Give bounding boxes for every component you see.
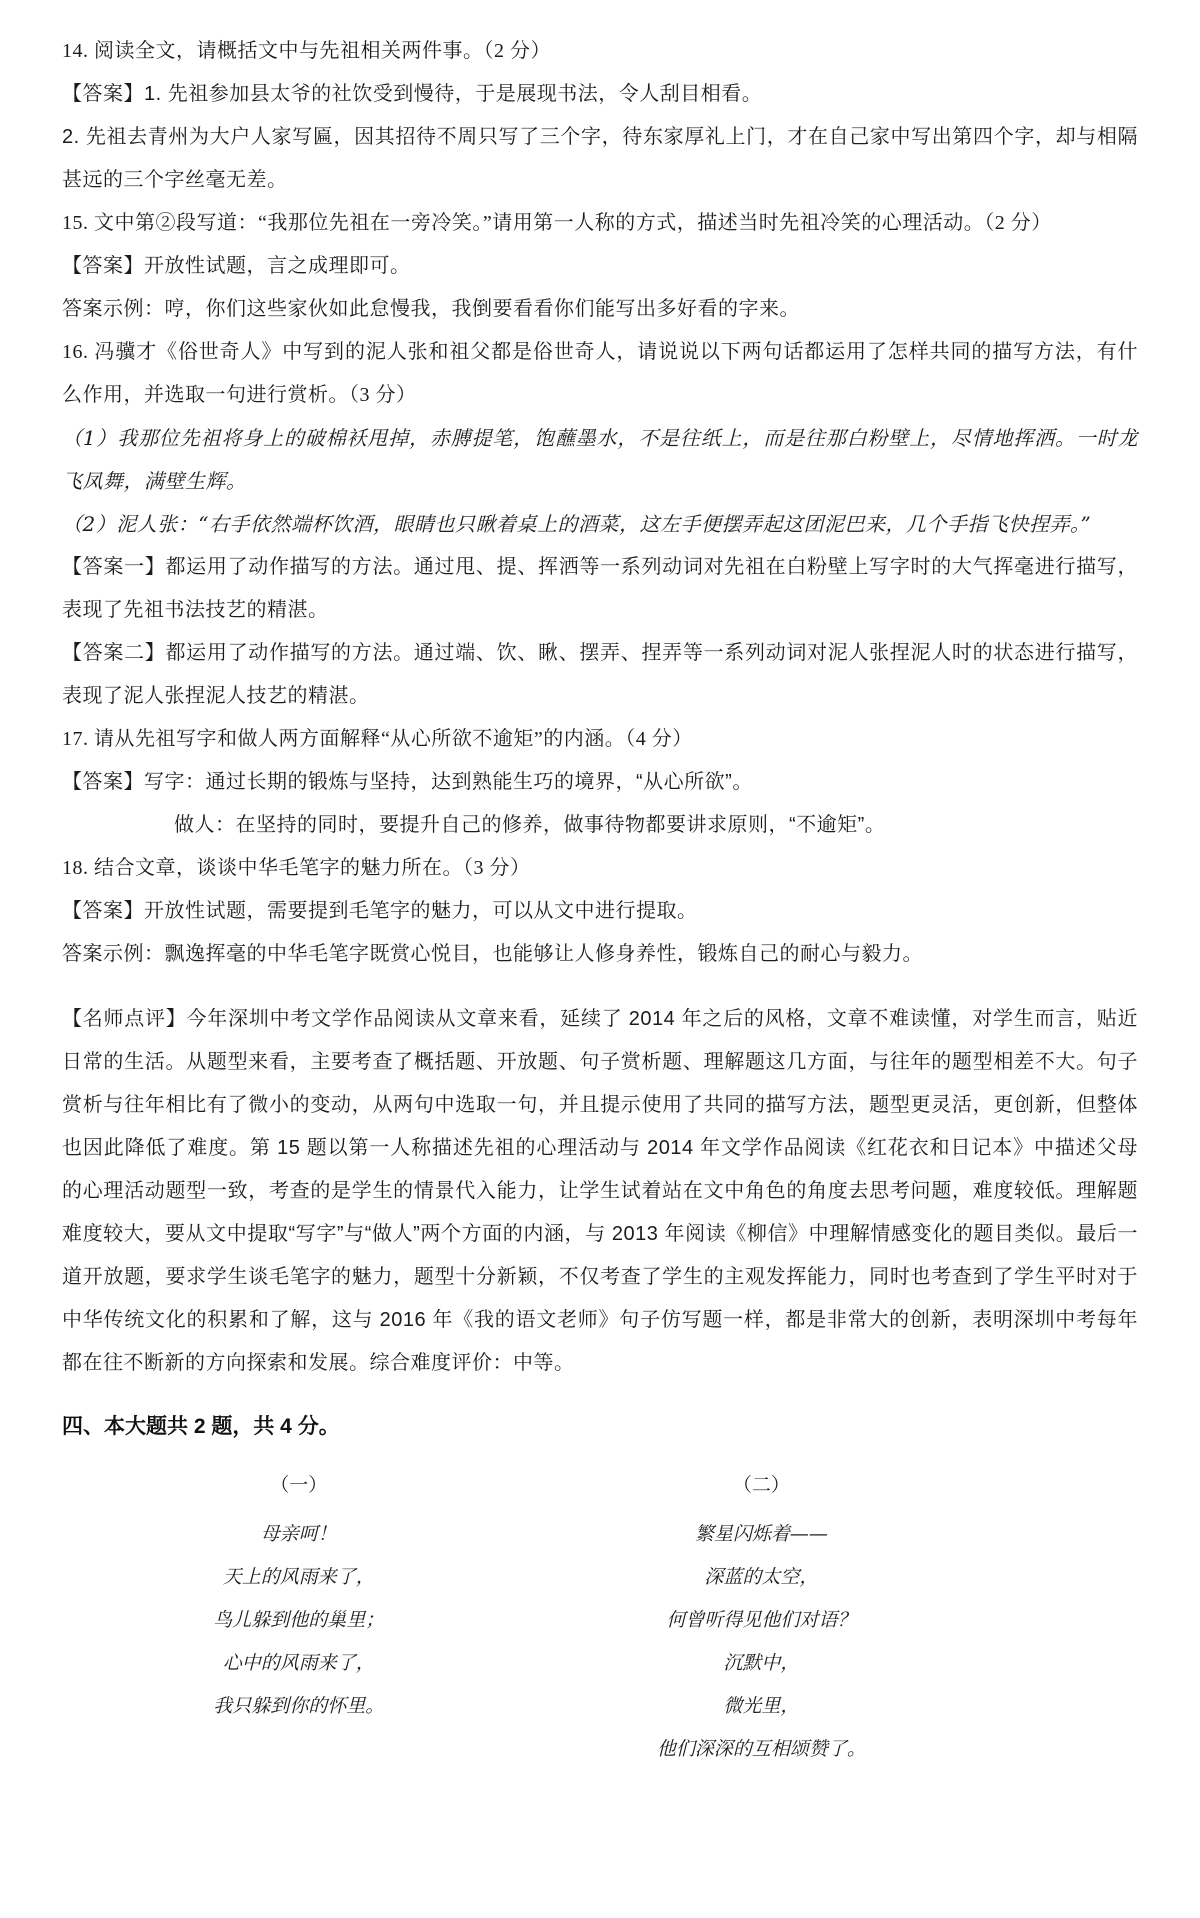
poem-line: 沉默中， <box>535 1642 987 1685</box>
poem-line: 心中的风雨来了， <box>62 1642 535 1685</box>
paragraph: 【答案】1. 先祖参加县太爷的社饮受到慢待，于是展现书法，令人刮目相看。 <box>62 73 1138 116</box>
paragraph: 16. 冯骥才《俗世奇人》中写到的泥人张和祖父都是俗世奇人，请说说以下两句话都运… <box>62 331 1138 417</box>
poem-label: （二） <box>535 1464 987 1507</box>
paragraph: （1）我那位先祖将身上的破棉袄甩掉，赤膊提笔，饱蘸墨水，不是往纸上，而是往那白粉… <box>62 417 1138 503</box>
poem-column: （一） 母亲呵！天上的风雨来了，鸟儿躲到他的巢里；心中的风雨来了，我只躲到你的怀… <box>62 1464 535 1771</box>
paragraph: 14. 阅读全文，请概括文中与先祖相关两件事。（2 分） <box>62 30 1138 73</box>
paragraph: 答案示例：哼，你们这些家伙如此怠慢我，我倒要看看你们能写出多好看的字来。 <box>62 288 1138 331</box>
text-body: 14. 阅读全文，请概括文中与先祖相关两件事。（2 分）【答案】1. 先祖参加县… <box>62 30 1138 1385</box>
poem-line: 他们深深的互相颂赞了。 <box>535 1728 987 1771</box>
poem-line: 母亲呵！ <box>62 1513 535 1556</box>
poem-line: 鸟儿躲到他的巢里； <box>62 1599 535 1642</box>
paragraph: 【答案二】都运用了动作描写的方法。通过端、饮、瞅、摆弄、捏弄等一系列动词对泥人张… <box>62 632 1138 718</box>
paragraph: 15. 文中第②段写道：“我那位先祖在一旁冷笑。”请用第一人称的方式，描述当时先… <box>62 202 1138 245</box>
poem-column: （二） 繁星闪烁着——深蓝的太空，何曾听得见他们对语？沉默中，微光里，他们深深的… <box>535 1464 987 1771</box>
paragraph: 答案示例：飘逸挥毫的中华毛笔字既赏心悦目，也能够让人修身养性，锻炼自己的耐心与毅… <box>62 933 1138 976</box>
poem-line: 何曾听得见他们对语？ <box>535 1599 987 1642</box>
section-four-heading: 四、本大题共 2 题，共 4 分。 <box>62 1405 1138 1448</box>
paragraph: 【答案】开放性试题，言之成理即可。 <box>62 245 1138 288</box>
paragraph: 【名师点评】今年深圳中考文学作品阅读从文章来看，延续了 2014 年之后的风格，… <box>62 998 1138 1385</box>
poems-section: （一） 母亲呵！天上的风雨来了，鸟儿躲到他的巢里；心中的风雨来了，我只躲到你的怀… <box>62 1464 1138 1771</box>
poem-line: 深蓝的太空， <box>535 1556 987 1599</box>
paragraph: 【答案一】都运用了动作描写的方法。通过甩、提、挥洒等一系列动词对先祖在白粉壁上写… <box>62 546 1138 632</box>
poem-line: 我只躲到你的怀里。 <box>62 1685 535 1728</box>
document-page: 14. 阅读全文，请概括文中与先祖相关两件事。（2 分）【答案】1. 先祖参加县… <box>0 0 1200 1918</box>
poem-label: （一） <box>62 1464 535 1507</box>
paragraph: 【答案】开放性试题，需要提到毛笔字的魅力，可以从文中进行提取。 <box>62 890 1138 933</box>
paragraph: 2. 先祖去青州为大户人家写匾，因其招待不周只写了三个字，待东家厚礼上门，才在自… <box>62 116 1138 202</box>
poem-line: 微光里， <box>535 1685 987 1728</box>
paragraph: （2）泥人张：“右手依然端杯饮酒，眼睛也只瞅着桌上的酒菜，这左手便摆弄起这团泥巴… <box>62 503 1138 546</box>
poem-line: 繁星闪烁着—— <box>535 1513 987 1556</box>
paragraph: 做人：在坚持的同时，要提升自己的修养，做事待物都要讲求原则，“不逾矩”。 <box>62 804 1138 847</box>
paragraph: 18. 结合文章，谈谈中华毛笔字的魅力所在。（3 分） <box>62 847 1138 890</box>
paragraph: 17. 请从先祖写字和做人两方面解释“从心所欲不逾矩”的内涵。（4 分） <box>62 718 1138 761</box>
poem-line: 天上的风雨来了， <box>62 1556 535 1599</box>
paragraph: 【答案】写字：通过长期的锻炼与坚持，达到熟能生巧的境界，“从心所欲”。 <box>62 761 1138 804</box>
